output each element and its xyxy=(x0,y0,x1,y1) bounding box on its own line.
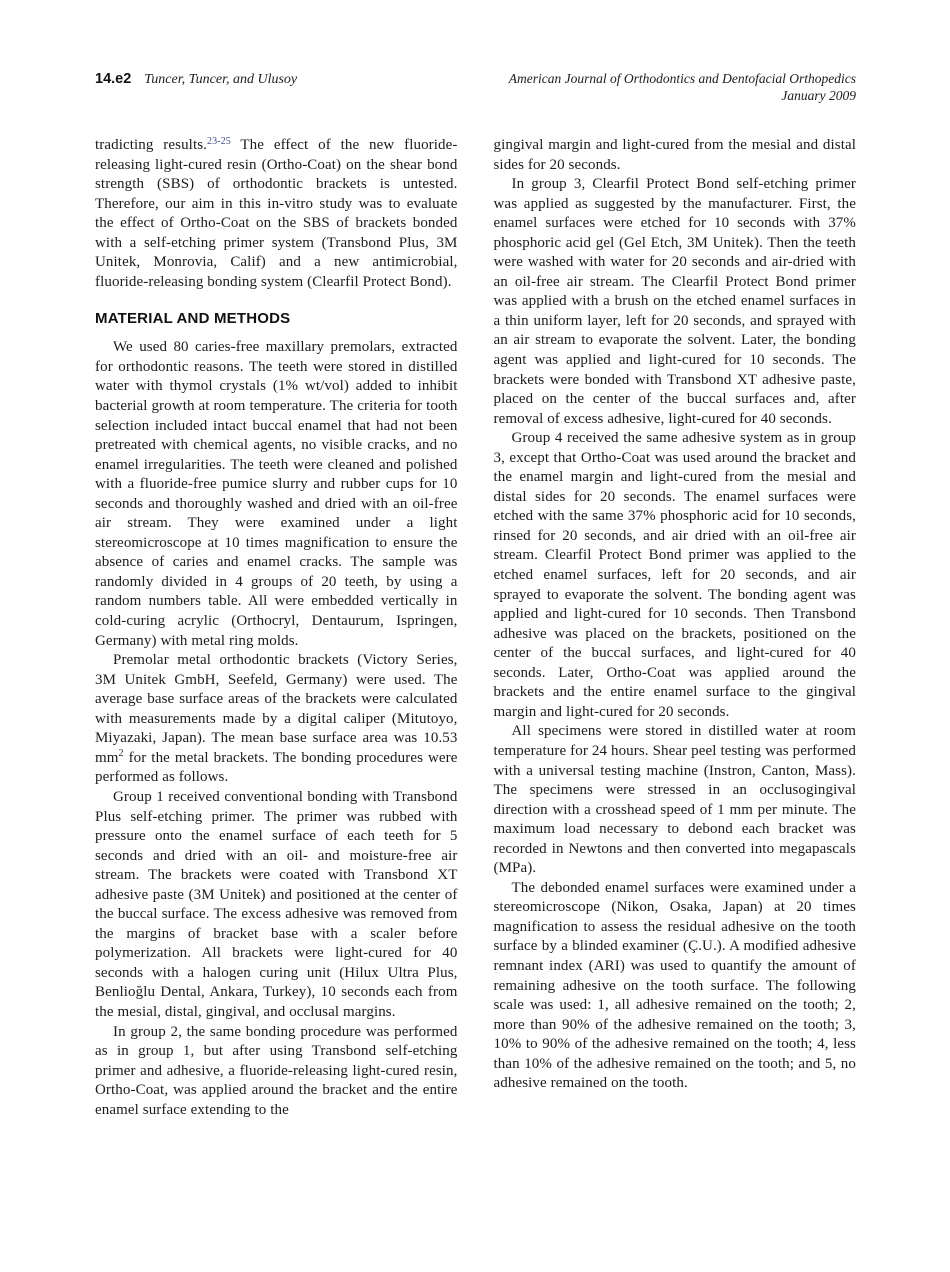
paragraph: tradicting results.23-25 The effect of t… xyxy=(95,136,458,292)
journal-page: 14.e2 Tuncer, Tuncer, and Ulusoy America… xyxy=(0,0,950,1272)
paragraph: In group 3, Clearfil Protect Bond self-e… xyxy=(494,175,857,429)
citation-link[interactable]: 23-25 xyxy=(207,136,231,147)
right-column: gingival margin and light-cured from the… xyxy=(494,136,857,1120)
article-body: tradicting results.23-25 The effect of t… xyxy=(95,136,856,1120)
page-number: 14.e2 xyxy=(95,71,131,87)
paragraph: Premolar metal orthodontic brackets (Vic… xyxy=(95,651,458,788)
paragraph: All specimens were stored in distilled w… xyxy=(494,722,857,878)
page-header: 14.e2 Tuncer, Tuncer, and Ulusoy America… xyxy=(95,70,856,104)
paragraph: Group 1 received conventional bonding wi… xyxy=(95,788,458,1023)
superscript: 2 xyxy=(119,748,124,759)
running-authors: Tuncer, Tuncer, and Ulusoy xyxy=(144,72,297,87)
running-head-left: 14.e2 Tuncer, Tuncer, and Ulusoy xyxy=(95,70,297,88)
paragraph: We used 80 caries-free maxillary premola… xyxy=(95,338,458,651)
paragraph: gingival margin and light-cured from the… xyxy=(494,136,857,175)
paragraph: The debonded enamel surfaces were examin… xyxy=(494,879,857,1094)
running-head-right: American Journal of Orthodontics and Den… xyxy=(509,70,856,104)
left-column: tradicting results.23-25 The effect of t… xyxy=(95,136,458,1120)
journal-title: American Journal of Orthodontics and Den… xyxy=(509,70,856,87)
section-heading: MATERIAL AND METHODS xyxy=(95,310,458,327)
paragraph: Group 4 received the same adhesive syste… xyxy=(494,429,857,722)
issue-date: January 2009 xyxy=(509,87,856,104)
paragraph: In group 2, the same bonding procedure w… xyxy=(95,1023,458,1121)
